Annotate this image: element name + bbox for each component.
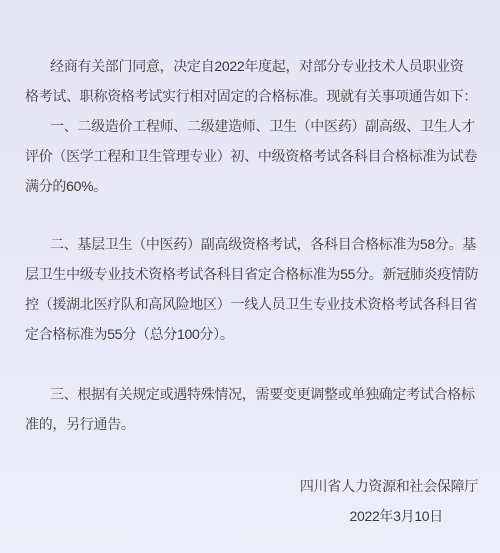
- notice-line: 三、根据有关规定或遇特殊情况，需要变更调整或单独确定考试合格标: [25, 379, 478, 409]
- notice-line: 准的，另行通告。: [25, 409, 478, 439]
- paragraph-item-3: 三、根据有关规定或遇特殊情况，需要变更调整或单独确定考试合格标 准的，另行通告。: [25, 379, 478, 439]
- signature-block: 四川省人力资源和社会保障厅 2022年3月10日: [25, 471, 478, 531]
- notice-line: 控（援湖北医疗队和高风险地区）一线人员卫生专业技术资格考试各科目省: [25, 289, 478, 319]
- notice-line: 经商有关部门同意，决定自2022年度起，对部分专业技术人员职业资: [25, 51, 478, 81]
- issuer-signature: 四川省人力资源和社会保障厅: [25, 471, 478, 501]
- notice-line: 二、基层卫生（中医药）副高级资格考试，各科目合格标准为58分。基: [25, 229, 478, 259]
- notice-line: 格考试、职称资格考试实行相对固定的合格标准。现就有关事项通告如下：: [25, 81, 478, 111]
- issue-date: 2022年3月10日: [25, 501, 478, 531]
- notice-line: 评价（医学工程和卫生管理专业）初、中级资格考试各科目合格标准为试卷: [25, 141, 478, 171]
- notice-line: 定合格标准为55分（总分100分）。: [25, 319, 478, 349]
- notice-document: 经商有关部门同意，决定自2022年度起，对部分专业技术人员职业资 格考试、职称资…: [0, 0, 500, 553]
- paragraph-intro: 经商有关部门同意，决定自2022年度起，对部分专业技术人员职业资 格考试、职称资…: [25, 51, 478, 111]
- paragraph-item-2: 二、基层卫生（中医药）副高级资格考试，各科目合格标准为58分。基 层卫生中级专业…: [25, 229, 478, 349]
- notice-line: 满分的60%。: [25, 171, 478, 201]
- notice-line: 层卫生中级专业技术资格考试各科目省定合格标准为55分。新冠肺炎疫情防: [25, 259, 478, 289]
- notice-line: 一、二级造价工程师、二级建造师、卫生（中医药）副高级、卫生人才: [25, 111, 478, 141]
- paragraph-item-1: 一、二级造价工程师、二级建造师、卫生（中医药）副高级、卫生人才 评价（医学工程和…: [25, 111, 478, 201]
